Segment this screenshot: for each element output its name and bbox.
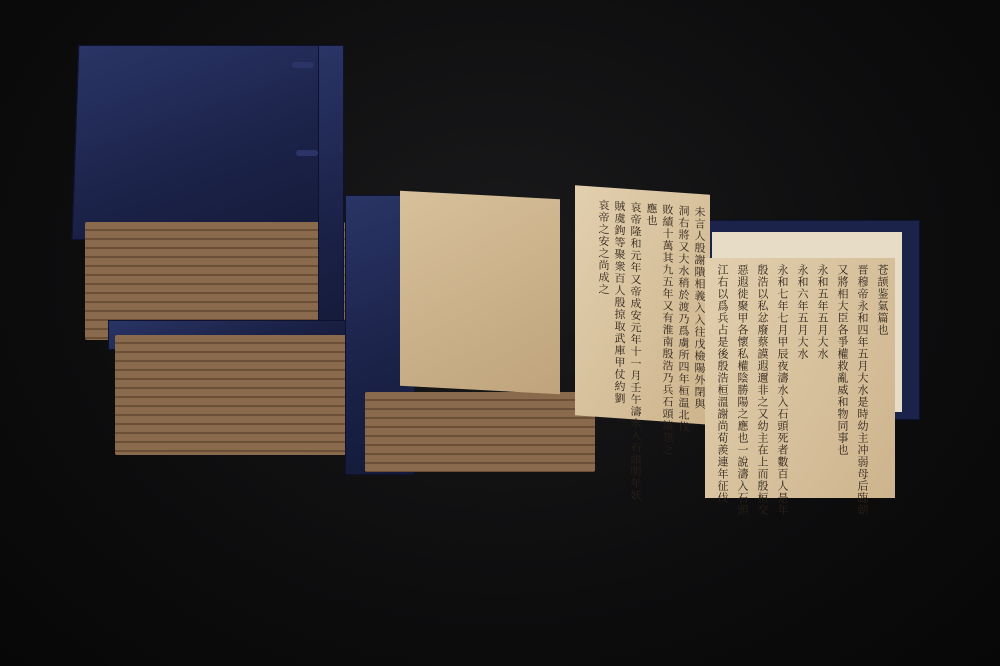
- text-column: 永和五年五月大水: [816, 264, 829, 360]
- bottom-book-page-edges: [115, 335, 350, 455]
- blank-flyleaf: [400, 191, 560, 394]
- text-column: 賊虞鉤等聚衆百人殷掠取武庫甲仗約劉: [613, 200, 626, 405]
- text-column: 苍颉鉴氣篇也: [876, 264, 889, 336]
- case-clasp-icon: [292, 62, 314, 68]
- text-column: 江右以爲兵占是後殷浩桓溫謝尚荀羨連年征伐: [716, 264, 729, 504]
- text-column: 惡遐徙聚甲各懷私權陰勝陽之應也一說濤入石頭: [736, 264, 749, 516]
- middle-text-page: 未言人殷謝隤相義入入往戊檢陽外閉與 洞右將又大水稍於渡乃爲虜所四年桓温北伐 敗績…: [575, 185, 710, 424]
- text-column: 洞右將又大水稍於渡乃爲虜所四年桓温北伐: [677, 204, 690, 433]
- text-column: 敗績十萬其九五年又有淮南殷浩乃兵石頭淡怨之: [661, 203, 674, 456]
- case-clasp-icon: [296, 150, 318, 156]
- top-book-case-side: [318, 45, 344, 340]
- top-book-case-cover: [72, 45, 334, 240]
- text-column: 又將相大臣各爭權救亂威和物同事也: [836, 264, 849, 456]
- text-column: 應也: [645, 202, 658, 227]
- text-column: 晋穆帝永和四年五月大水是時幼主冲弱母后臨朝: [856, 264, 869, 516]
- right-text-page: 苍颉鉴氣篇也 晋穆帝永和四年五月大水是時幼主冲弱母后臨朝 又將相大臣各爭權救亂威…: [705, 258, 895, 498]
- text-column: 哀帝之安之尚成之: [597, 199, 610, 296]
- text-column: 永和六年五月大水: [796, 264, 809, 360]
- text-column: 殷浩以私忿廢蔡謨遐邇非之又幼主在上而殷桓交: [756, 264, 769, 516]
- text-column: 永和七年七月甲辰夜濤水入石頭死者數百人是年: [776, 264, 789, 516]
- middle-book-page-edges: [365, 392, 595, 472]
- text-column: 哀帝隆和元年又帝成安元年十一月壬午濤水入石頭明年妖: [629, 201, 642, 502]
